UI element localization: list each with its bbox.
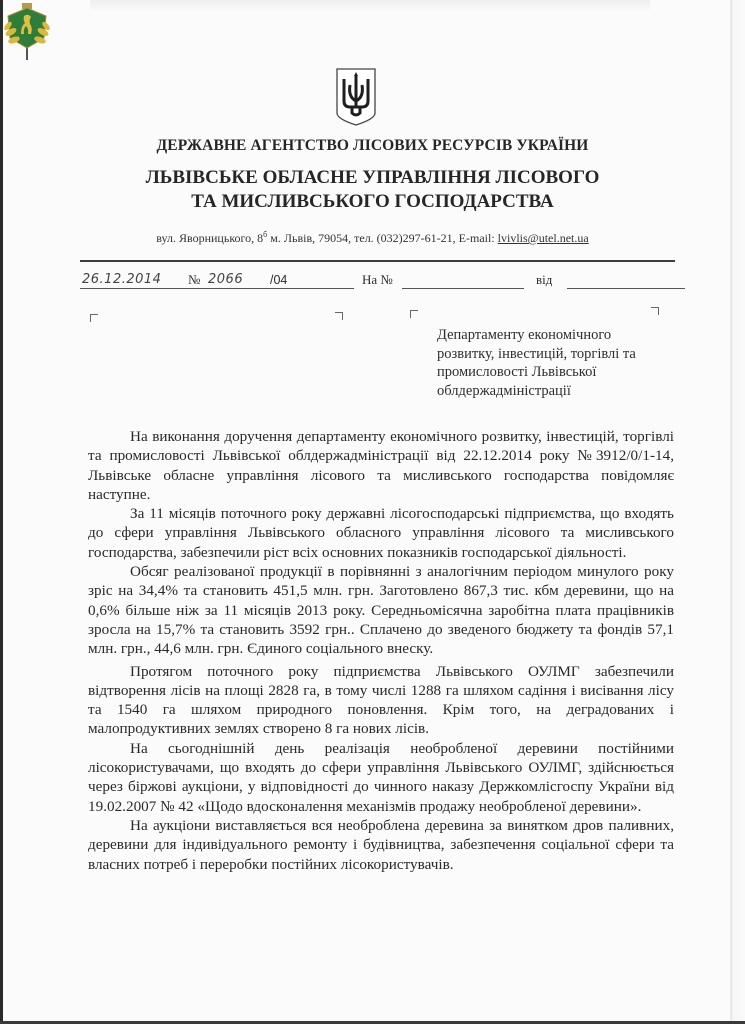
state-forest-agency-emblem-icon xyxy=(2,2,52,60)
body-paragraph: Протягом поточного року підприємства Льв… xyxy=(88,662,674,739)
department-name: ЛЬВІВСЬКЕ ОБЛАСНЕ УПРАВЛІННЯ ЛІСОВОГО ТА… xyxy=(0,166,745,214)
body-paragraph: На виконання доручення департаменту екон… xyxy=(88,427,674,504)
letterhead-address: вул. Яворницького, 8б м. Львів, 79054, т… xyxy=(0,230,745,246)
reply-to-date-field[interactable] xyxy=(567,270,685,289)
number-label: № xyxy=(188,272,200,288)
letter-body: На виконання доручення департаменту екон… xyxy=(88,427,674,874)
addressee-block-corner-top-right xyxy=(651,307,659,315)
department-name-line-1: ЛЬВІВСЬКЕ ОБЛАСНЕ УПРАВЛІННЯ ЛІСОВОГО xyxy=(0,166,745,190)
addressee-line: промисловості Львівської xyxy=(437,363,677,382)
body-paragraph: На аукціони виставляється вся необроблен… xyxy=(88,816,674,874)
address-city-phone: м. Львів, 79054, тел. (032)297-61-21, E-… xyxy=(267,231,497,245)
reply-to-number-field[interactable] xyxy=(402,270,524,289)
body-paragraph: За 11 місяців поточного року державні лі… xyxy=(88,504,674,562)
addressee-block-corner-top-left xyxy=(410,310,418,318)
ukraine-trident-coat-of-arms-icon xyxy=(335,67,377,127)
addressee-line: розвитку, інвестицій, торгівлі та xyxy=(437,345,677,364)
body-paragraph: Обсяг реалізованої продукції в порівнянн… xyxy=(88,562,674,658)
addressee-line: Департаменту економічного xyxy=(437,326,677,345)
letterhead-divider xyxy=(80,260,675,262)
addressee-line: облдержадміністрації xyxy=(437,382,677,401)
from-label: від xyxy=(536,272,552,288)
outgoing-number-value: 2066 xyxy=(208,272,243,287)
agency-name: ДЕРЖАВНЕ АГЕНТСТВО ЛІСОВИХ РЕСУРСІВ УКРА… xyxy=(0,137,745,155)
scan-shadow-top xyxy=(90,0,650,12)
outgoing-date-value: 26.12.2014 xyxy=(82,272,161,287)
registration-line: 26.12.2014 № 2066 /04 На № від xyxy=(80,270,690,292)
recipient-block-corner-top-right xyxy=(335,312,343,320)
outgoing-number-suffix: /04 xyxy=(270,273,287,287)
email-link[interactable]: lvivlis@utel.net.ua xyxy=(498,231,589,245)
recipient-block-corner-top-left xyxy=(90,314,98,322)
body-paragraph: На сьогоднішній день реалізація необробл… xyxy=(88,739,674,816)
address-street: вул. Яворницького, 8 xyxy=(156,231,263,245)
reply-to-label: На № xyxy=(362,272,393,288)
department-name-line-2: ТА МИСЛИВСЬКОГО ГОСПОДАРСТВА xyxy=(0,190,745,214)
addressee-block: Департаменту економічного розвитку, інве… xyxy=(437,326,677,400)
